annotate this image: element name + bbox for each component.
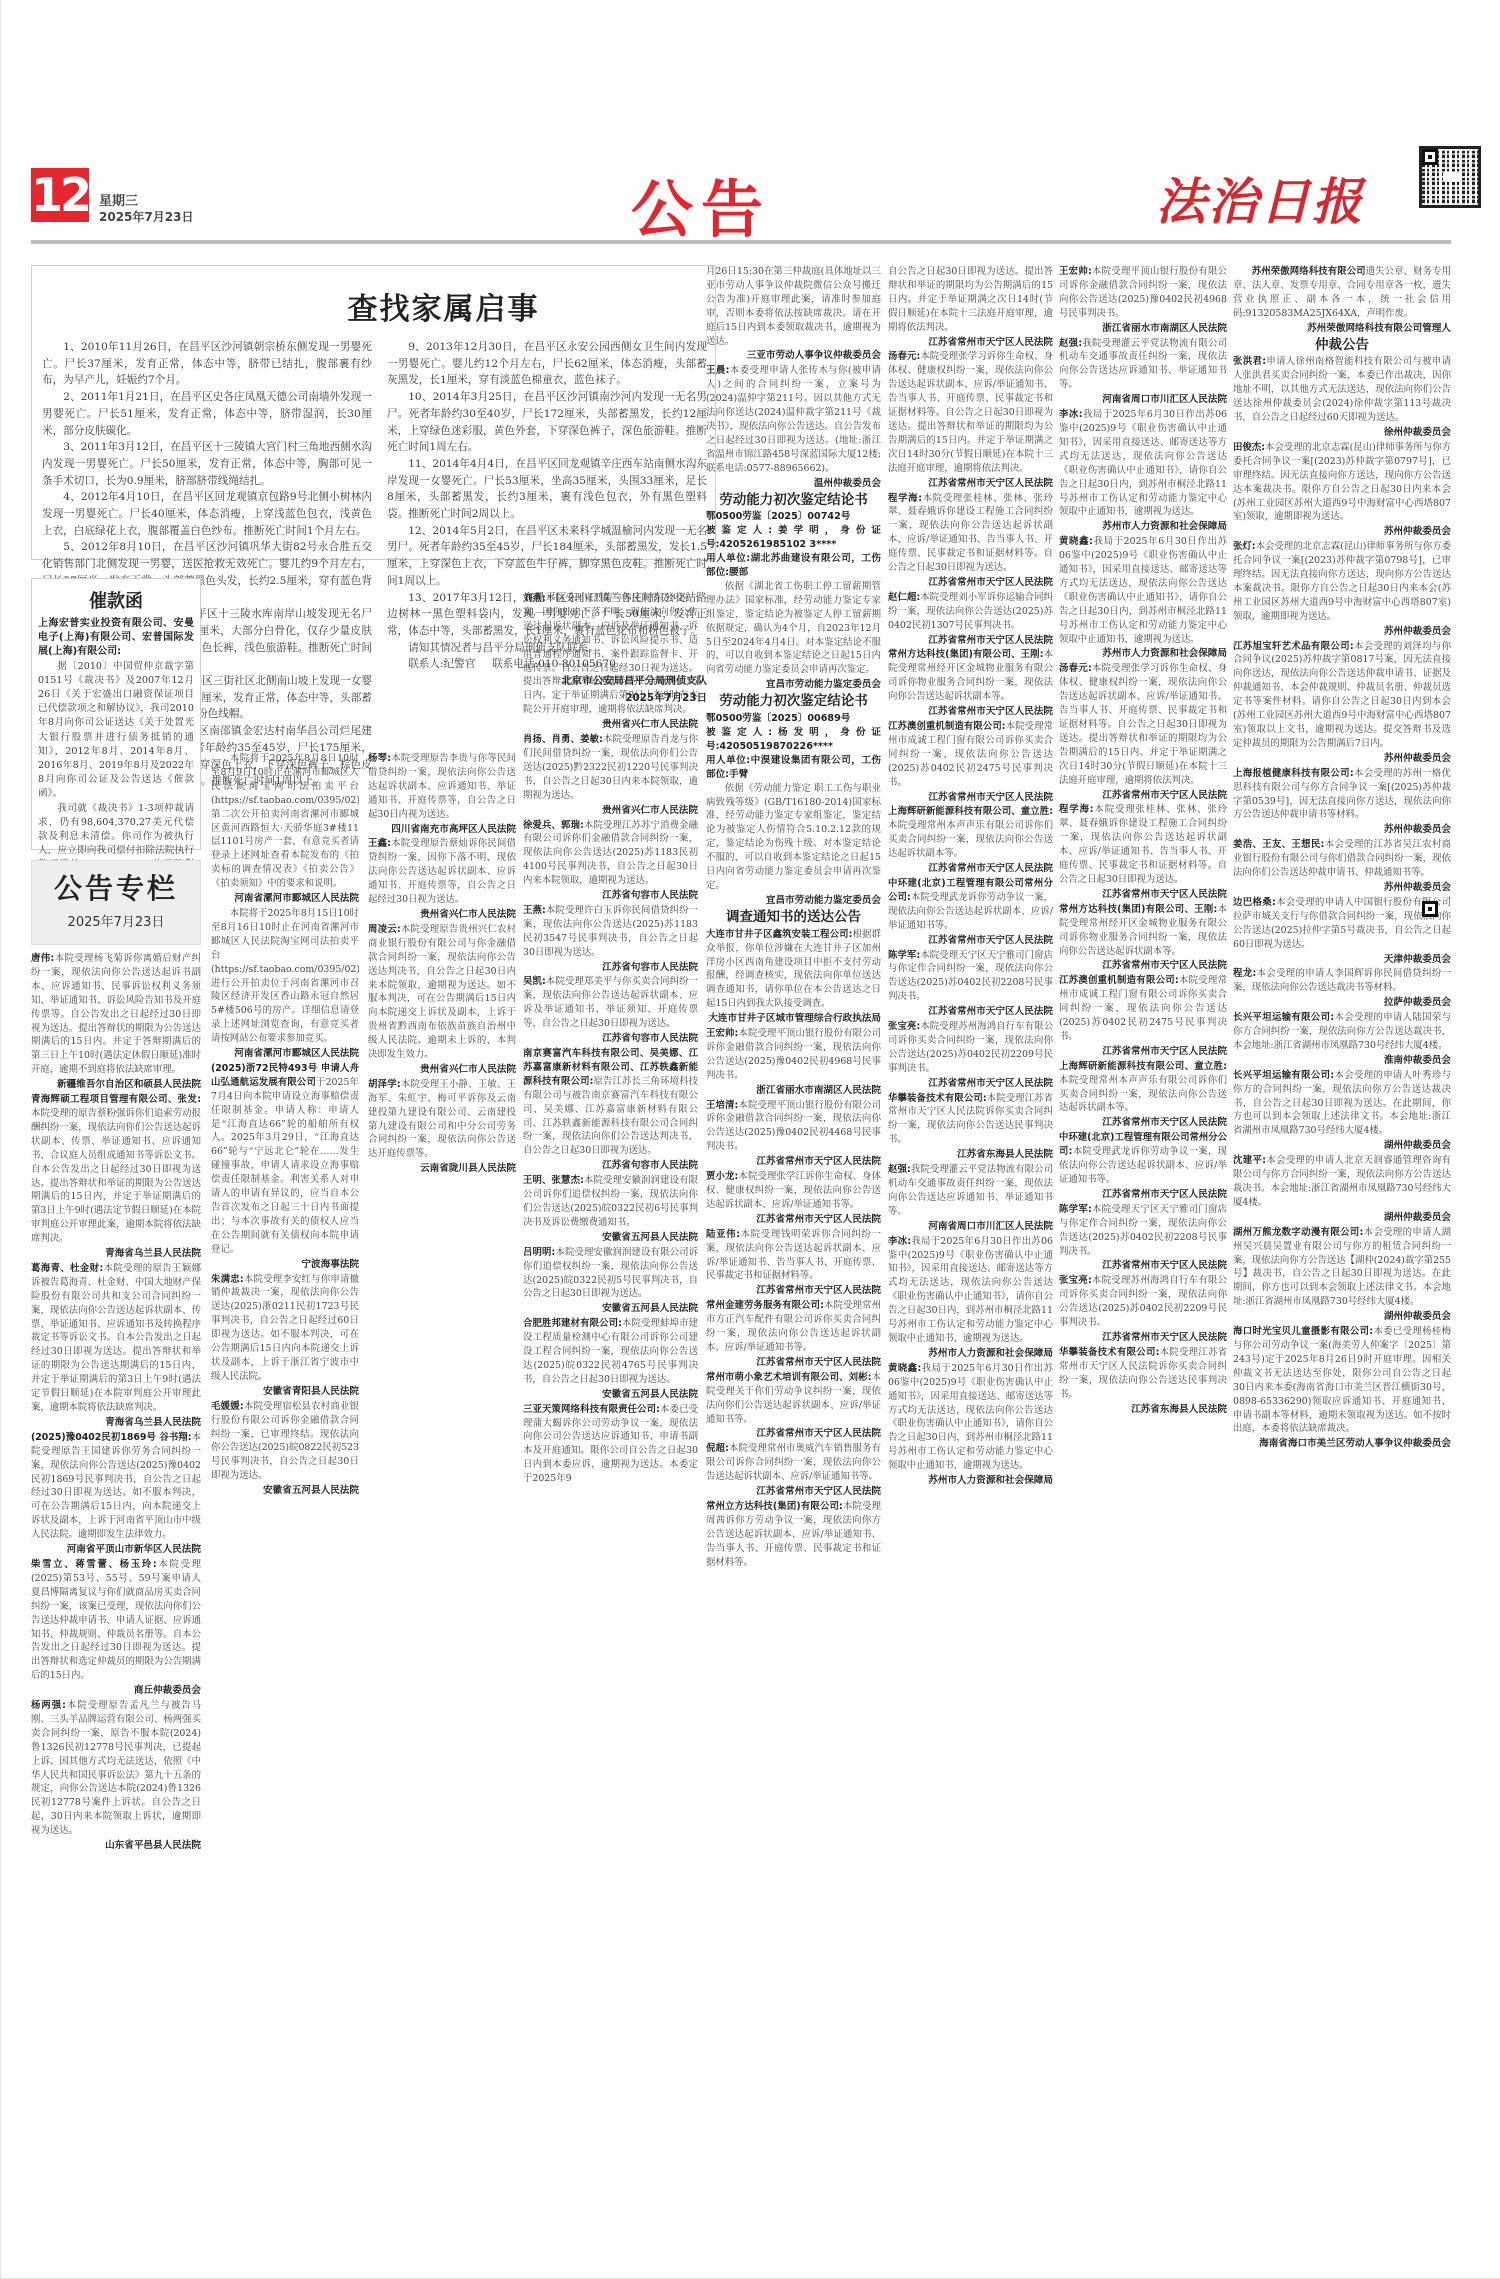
notice-item: 1、2010年11月26日，在昌平区沙河镇朝宗桥东侧发现一男婴死亡。尸长37厘米… [42,339,372,389]
notice-item: 10、2014年3月25日，在昌平区沙河镇南沙河内发现一无名男尸。死者年龄约30… [387,389,707,456]
arbitration-heading: 仲裁公告 [1233,339,1451,353]
section-title: 公告 [631,160,771,249]
masthead: 12 星期三 2025年7月23日 公告 法治日报 [31,168,1451,226]
letter-paragraph: 据〔2010〕中国贸仲京裁字第0151号《裁决书》及2007年12月26日《关于… [38,660,194,802]
notice-title: 查找家属启事 [32,284,715,328]
notice-entry: 吴凯:本院受理郑美平与你买卖合同纠纷一案，现依法向你公告送达起诉状副本、应诉及举… [523,975,698,1046]
notice-entry: 王宏帅:本院受理平顶山银行股份有限公司诉你金融借款合同纠纷一案，现依法向你公告送… [1059,265,1227,336]
notice-item: 9、2013年12月30日，在昌平区永安公园西侧女卫生间内发现一男婴死亡。婴儿约… [387,339,707,389]
notice-entry: 刘燕:本院受理崔烈菊与你民间借贷纠纷一案，因你外出下落不明，现依法向你公告送达起… [523,592,698,732]
notice-entry: 唐伟:本院受理杨飞菊诉你离婚后财产纠纷一案，现依法向你公告送达起诉书副本、应诉通… [31,952,201,1092]
notice-entry: 华攀装备技术有限公司:本院受理江苏省常州市天宁区人民法院诉你买卖合同纠纷一案，现… [1059,1346,1227,1417]
notice-entry: 沈建平:本会受理的申请人北京天润睿通管理咨询有限公司与你方合同纠纷一案，现依法向… [1233,1154,1451,1225]
appraisal-case-number: 鄂0500劳鉴〔2025〕00742号 [706,510,881,524]
banner-date: 2025年7月23日 [32,911,200,930]
banner-title: 公告专栏 [32,867,200,907]
notice-entry: 中环建(北京)工程管理有限公司常州分公司:本院受理武龙诉你劳动争议一案，现依法向… [1059,1131,1227,1202]
issue-date: 2025年7月23日 [99,208,193,225]
notice-column-6: 自公告之日起30日即视为送达。提出答辩状和举证的期限均为公告期满后的15日内。并… [888,265,1053,2177]
notice-entry: 田俊杰:本会受理的北京志霖(昆山)律师事务所与你方委托合同争议一案[(2023)… [1233,441,1451,539]
notice-entry: 王鑫:本院受理原告蔡灿诉你民间借贷纠纷一案，因你下落不明，现依法向你公告送达起诉… [368,837,516,921]
notice-entry: 柴雪立、蒋雪蕾、杨玉玲:本院受理(2025)第53号、55号、59号案申请人夏昌… [31,1558,201,1698]
notice-entry: 自公告之日起30日即视为送达。提出答辩状和举证的期限均为公告期满后的15日内。并… [888,265,1053,349]
notice-entry: 姜浩、王友、王想民:本会受理的江苏省吴江农村商业银行股份有限公司与你们借款合同纠… [1233,838,1451,895]
notice-entry: 周凌云:本院受理原告贵州兴仁农村商业银行股份有限公司与你金融借款合同纠纷一案，现… [368,923,516,1077]
notice-entry: 常州方达科技(集团)有限公司、王刚:本院受理常州经开区金城物业服务有限公司诉你物… [1059,903,1227,974]
appraisal-heading: 劳动能力初次鉴定结论书 [706,494,881,508]
notice-entry: 倪超:本院受理常州市奥威汽车销售服务有限公司诉你合同纠纷一案，现依法向你公告送达… [706,1442,881,1499]
notice-entry: 汤春元:本院受理张学习诉你生命权、身体权、健康权纠纷一案，现依法向你公告送达起诉… [1059,662,1227,802]
collection-letter: 催款函 上海宏普实业投资有限公司、安曼电子(上海)有限公司、宏普国际发展(上海)… [31,578,201,850]
notice-item: 12、2014年5月2日，在昌平区未来科学城温榆河内发现一无名男尸。死者年龄约3… [387,523,707,590]
letter-title: 催款函 [32,587,200,613]
arbitration-notice: 仲裁公告 张洪君:申请人徐州南格智能科技有限公司与被申请人张洪君买卖合同纠纷一案… [1233,339,1451,440]
notice-entry: 杨两强:本院受理原告孟凡兰与被告马刚、三头羊品牌运营有限公司、杨两强买卖合同纠纷… [31,1699,201,1853]
investigation-notice: 调查通知书的送达公告 大连市甘井子区鑫筑安装工程公司:根据群众举报，你单位涉嫌在… [706,911,881,1026]
notice-entry: 湖州万熊龙数字动漫有限公司:本会受理的申请人湖州吴兴晨吴置业有限公司与你方的租赁… [1233,1226,1451,1324]
notice-entry: 上海辉研新能源科技有限公司、童立胜:本院受理常州本声声乐有限公司诉你们买卖合同纠… [888,805,1053,876]
appraisal-person: 被鉴定人:杨发明，身份证号:42050519870226**** [706,726,881,754]
notice-column-6b: 王宏帅:本院受理平顶山银行股份有限公司诉你金融借款合同纠纷一案，现依法向你公告送… [1059,265,1227,2177]
masthead-divider [31,240,1451,244]
notice-entry: 黄晓鑫:我局于2025年6月30日作出苏06鉴中(2025)9号《职业伤害确认中… [888,1362,1053,1488]
notice-entry: 常州方达科技(集团)有限公司、王刚:本院受理常州经开区金城物业服务有限公司诉你物… [888,648,1053,719]
notice-entry: 程龙:本会受理的申请人李国辉诉你民间借贷纠纷一案，现依法向你公告送达裁决书等材料… [1233,967,1451,1010]
notice-entry: 常州金建劳务服务有限公司:本院受理常州市方正汽车配件有限公司诉你买卖合同纠纷一案… [706,1299,881,1370]
weekday: 星期三 [99,190,138,209]
notice-entry: 上海辉研新能源科技有限公司、童立胜:本院受理常州本声声乐有限公司诉你们买卖合同纠… [1059,1060,1227,1131]
notice-entry: 陈学军:本院受理天宁区天宁雅司门窗店与你定作合同纠纷一案，现依法向你公告送达(2… [1059,1203,1227,1274]
notice-entry: 赵强:我院受理灌云平党法物流有限公司机动车交通事故责任纠纷一案，现依法向你公告送… [888,1163,1053,1234]
notice-entry: 葛海青、杜金财:本院受理的原告王颖娜诉被告葛海青、杜金财、中国大地财产保险股份有… [31,1262,201,1430]
notice-entry: 王燕:本院受理许白玉诉你民间借贷纠纷一案，现依法向你公告送达(2025)苏118… [523,904,698,975]
notice-entry: 南京赛富汽车科技有限公司、吴美娜、江苏嘉富康新材料有限公司、江苏轶鑫新能源科技有… [523,1047,698,1173]
appraisal-case-number: 鄂0500劳鉴〔2025〕00689号 [706,712,881,726]
notice-entry: 边巴格桑:本会受理的申请人中国银行股份有限公司拉萨市城关支行与你借款合同纠纷一案… [1233,896,1451,967]
page-number: 12 [31,168,89,222]
contact-person: 联系人:纪警官 [408,658,475,670]
notice-entry: 朱满忠:本院受理李安红与你申请撤销仲裁裁决一案，现依法向你公告送达(2025)浙… [211,1273,359,1399]
notice-entry: 李冰:我局于2025年6月30日作出苏06鉴中(2025)9号《职业伤害确认中止… [888,1235,1053,1361]
appraisal-unit: 用人单位:湖北苏曲建设有限公司，工伤部位:腰部 [706,552,881,580]
qr-code-icon [1419,146,1481,208]
notice-entry: 程学海:本院受理张桂林、张林、张玲翠、聂春娥诉你建设工程施工合同纠纷一案，现依法… [1059,803,1227,901]
notice-entry: 赵仁超:本院受理刘小军诉你运输合同纠纷一案，现依法向你公告送达(2025)苏04… [888,591,1053,648]
notice-entry: 长兴平坦运输有限公司:本会受理的申请人陆国荣与你方合同纠纷一案，现依法向你方公告… [1233,1011,1451,1068]
notice-entry: 张宝亮:本院受理苏州海鸿自行车有限公司诉你买卖合同纠纷一案，现依法向你公告送达(… [1059,1274,1227,1345]
notice-entry: 杨琴:本院受理原告李贵与你等民间借贷纠纷一案，现依法向你公告送达起诉状副本、应诉… [368,752,516,836]
notice-item: 3、2011年3月12日，在昌平区十三陵镇大宫门村三角地西侧水沟内发现一男婴死亡… [42,439,372,489]
notice-entry: 本院将于2025年8月15日10时至8月16日10时止在河南省漯河市郾城区人民法… [211,907,359,1061]
lost-seal-notice: 苏州荣傲网络科技有限公司遗失公章、财务专用章、法人章、发票专用章、合同专用章各一… [1233,265,1451,336]
newspaper-page: 12 星期三 2025年7月23日 公告 法治日报 查找家属启事 1、2010年… [0,0,1500,2279]
notice-column-1: 唐伟:本院受理杨飞菊诉你离婚后财产纠纷一案，现依法向你公告送达起诉书副本、应诉通… [31,952,201,2177]
notice-entry: 长兴平坦运输有限公司:本会受理的申请人叶秀珍与你方的合同纠纷一案，现依法向你方公… [1233,1069,1451,1153]
notice-entry: 合肥胜邦建材有限公司:本院受理蚌埠市建设工程质量检测中心有限公司诉你公司建设工程… [523,1317,698,1401]
notice-entry: 月26日15:30在第三仲裁庭(具体地址以三亚市劳动人事争议仲裁院微信公众号搬迁… [706,265,881,363]
notice-entry: 华攀装备技术有限公司:本院受理江苏省常州市天宁区人民法院诉你买卖合同纠纷一案，现… [888,1092,1053,1163]
notice-entry: 胡泽学:本院受理王小静、王敏、王海军、朱虹宇、梅可平诉你及云南建投第九建设有限公… [368,1078,516,1176]
notice-entry: 三亚天策网络科技有限责任公司:本委已受理蒲大蝎诉你公司劳动争议一案，现依法向你公… [523,1403,698,1486]
notice-entry: 张灯:本会受理的北京志霖(昆山)律师事务所与你方委托合同争议一案[(2023)苏… [1233,540,1451,638]
notice-entry: (2025)豫0402民初1869号 谷书翔:本院受理原告王国建诉你劳务合同纠纷… [31,1431,201,1557]
notice-item: 2、2011年1月21日，在昌平区史各庄凤凰天德公司南墙外发现一男婴死亡。尸长5… [42,389,372,439]
notice-entry: 中环建(北京)工程管理有限公司常州分公司:本院受理武龙诉你劳动争议一案，现依法向… [888,877,1053,948]
notice-entry: 陆亚伟:本院受理钱明荣诉你合同纠纷一案，现依法向你公告送达起诉状副本、应诉/举证… [706,1228,881,1299]
notice-entry: 江苏澳创重机制造有限公司:本院受理常州市成诚工程门窗有限公司诉你买卖合同纠纷一案… [888,720,1053,804]
notice-entry: 徐爱兵、郭瑞:本院受理江苏苏宁消费金融有限公司诉你们金融借款合同纠纷一案，现依法… [523,819,698,903]
appraisal-conclusion: 劳动能力初次鉴定结论书 鄂0500劳鉴〔2025〕00689号 被鉴定人:杨发明… [706,695,881,908]
notice-column-3: 杨琴:本院受理原告李贵与你等民间借贷纠纷一案，现依法向你公告送达起诉状副本、应诉… [368,752,516,2177]
notice-column-5: 月26日15:30在第三仲裁庭(具体地址以三亚市劳动人事争议仲裁院微信公众号搬迁… [706,265,881,2177]
notice-entry: 江苏旭宝轩艺术品有限公司:本会受理的刘泽均与你合同争议(2025)苏仲裁字第08… [1233,640,1451,766]
notice-entry: 常州市萌小象艺术培训有限公司、刘彬:本院受理关于你们劳动争议纠纷一案，现依法向你… [706,1371,881,1442]
missing-persons-notice: 查找家属启事 1、2010年11月26日，在昌平区沙河镇朝宗桥东侧发现一男婴死亡… [31,265,716,560]
notice-entry: 江苏澳创重机制造有限公司:本院受理常州市成诚工程门窗有限公司诉你买卖合同纠纷一案… [1059,974,1227,1058]
notice-entry: 肖扬、肖勇、姜敏:本院受理原告肖龙与你们民间借贷纠纷一案，现依法向你们公告送达(… [523,733,698,817]
notice-column-4: 刘燕:本院受理崔烈菊与你民间借贷纠纷一案，因你外出下落不明，现依法向你公告送达起… [523,592,698,2177]
appraisal-conclusion: 劳动能力初次鉴定结论书 鄂0500劳鉴〔2025〕00742号 被鉴定人:姜学明… [706,494,881,693]
notice-entry: 汤春元:本院受理张学习诉你生命权、身体权、健康权纠纷一案，现依法向你公告送达起诉… [888,350,1053,490]
notice-entry: 王培清:本院受理平顶山银行股份有限公司诉你金融借款合同纠纷一案，现依法向你公告送… [706,1099,881,1170]
notice-entry: 赵强:我院受理灌云平党法物流有限公司机动车交通事故责任纠纷一案，现依法向你公告送… [1059,337,1227,408]
notice-entry: 常州立方达科技(集团)有限公司:本院受理周茜诉你方劳动争议一案，现依法向你方公告… [706,1500,881,1570]
notice-entry: 毛媛媛:本院受理宿松县农村商业银行股份有限公司诉你金融借款合同纠纷一案，已审理终… [211,1400,359,1498]
notice-column-2: 本院将于2025年8月8日10时至8月9日10时止在漯河市郾城区人民法院淘宝网司… [211,752,359,2177]
notice-entry: 陈学军:本院受理天宁区天宁雅司门窗店与你定作合同纠纷一案，现依法向你公告送达(2… [888,949,1053,1020]
appraisal-person: 被鉴定人:姜学明，身份证号:4205261985102 3**** [706,524,881,552]
notice-entry: 吕明明:本院受理安徽润润建设有限公司诉你们追偿权纠纷一案，现依法向你公告送达(2… [523,1246,698,1317]
notice-entry: 海口时光宝贝儿童摄影有限公司:本委已受理杨桂梅与你公司劳动争议一案(海美劳人仲案… [1233,1325,1451,1451]
notice-entry: 青海辉硕工程项目管理有限公司、张发:本院受理的原告蔡粉强诉你们追索劳动报酬纠纷一… [31,1093,201,1261]
notice-entry: 王明、张慧杰:本院受理安徽润润建设有限公司诉你们追偿权纠纷一案，现依法向你们公告… [523,1174,698,1245]
appraisal-heading: 劳动能力初次鉴定结论书 [706,695,881,709]
notice-entry: 本院将于2025年8月8日10时至8月9日10时止在漯河市郾城区人民法院淘宝网司… [211,752,359,906]
notice-entry: 王宏帅:本院受理平顶山银行股份有限公司诉你金融借款合同纠纷一案，现依法向你公告送… [706,1027,881,1098]
notice-item: 4、2012年4月10日，在昌平区回龙观镇京包路9号北侧小树林内发现一男婴死亡。… [42,489,372,539]
notice-entry: (2025)浙72民特493号 申请人舟山弘通航运发展有限公司于2025年7月4… [211,1062,359,1272]
appraisal-unit: 用人单位:中淏建设集团有限公司，工伤部位:手臂 [706,754,881,782]
letter-addressees: 上海宏普实业投资有限公司、安曼电子(上海)有限公司、宏普国际发展(上海)有限公司… [38,617,194,660]
newspaper-logo: 法治日报 [1156,162,1364,234]
notice-entry: 王晨:本委受理申请人张传木与你(被申请人)之间的合同纠纷一案，立案号为(2024… [706,364,881,490]
announcement-column-banner: 公告专栏 2025年7月23日 [31,860,201,945]
notice-entry: 贾小龙:本院受理张学江诉你生命权、身体权、健康权纠纷一案，现依法向你公告送达起诉… [706,1170,881,1227]
notice-entry: 黄晓鑫:我局于2025年6月30日作出苏06鉴中(2025)9号《职业伤害确认中… [1059,535,1227,661]
notice-entry: 李冰:我局于2025年6月30日作出苏06鉴中(2025)9号《职业伤害确认中止… [1059,408,1227,534]
notice-item: 11、2014年4月4日，在昌平区回龙观镇辛庄西车站南侧水沟东岸发现一女婴死亡。… [387,456,707,523]
notice-entry: 上海报植健康科技有限公司:本会受理的苏州一格优思科技有限公司与你方合同争议一案[… [1233,767,1451,838]
notice-entry: 张宝亮:本院受理苏州海鸿自行车有限公司诉你买卖合同纠纷一案，现依法向你公告送达(… [888,1020,1053,1091]
notice-entry: 程学海:本院受理张桂林、张林、张玲翠、聂春娥诉你建设工程施工合同纠纷一案，现依法… [888,492,1053,590]
notice-column-7: 苏州荣傲网络科技有限公司遗失公章、财务专用章、法人章、发票专用章、合同专用章各一… [1233,265,1451,2177]
